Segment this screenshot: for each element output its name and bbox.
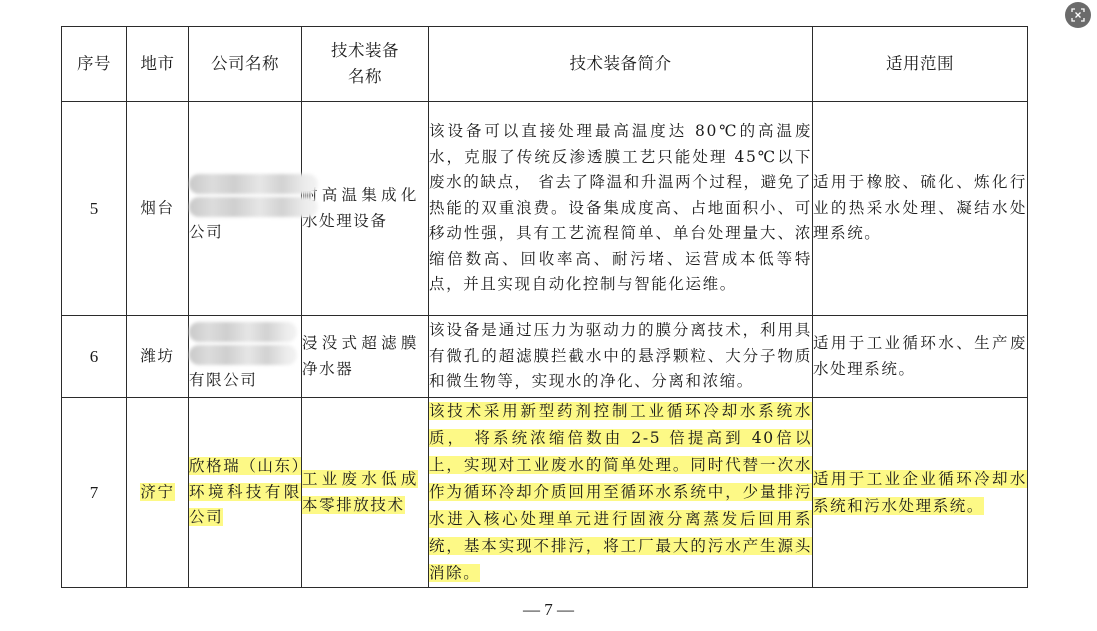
table-row-highlighted: 7 济宁 欣格瑞（山东）环境科技有限公司 工业废水低成本零排放技术 该技术采用新… — [62, 398, 1028, 588]
row-description: 该设备可以直接处理最高温度达 80℃的高温废水，克服了传统反渗透膜工艺只能处理 … — [429, 102, 813, 316]
description-highlighted-text: 该技术采用新型药剂控制工业循环冷却水系统水质， 将系统浓缩倍数由 2-5 倍提高… — [429, 402, 812, 582]
redacted-text — [189, 174, 318, 194]
description-text: 该设备可以直接处理最高温度达 80℃的高温废水，克服了传统反渗透膜工艺只能处理 … — [429, 119, 812, 298]
equipment-highlighted-text: 工业废水低成本零排放技术 — [302, 470, 418, 514]
redacted-text — [189, 345, 297, 365]
header-equipment-name: 技术装备 名称 — [302, 27, 429, 102]
city-highlighted-text: 济宁 — [140, 483, 174, 501]
redacted-text — [189, 322, 297, 342]
row-description: 该技术采用新型药剂控制工业循环冷却水系统水质， 将系统浓缩倍数由 2-5 倍提高… — [429, 398, 813, 588]
header-scope: 适用范围 — [813, 27, 1028, 102]
row-company: 有限公司 — [189, 316, 302, 398]
row-equipment: 工业废水低成本零排放技术 — [302, 398, 429, 588]
row-scope: 适用于工业循环水、生产废水处理系统。 — [813, 316, 1028, 398]
page-number: — 7 — — [0, 600, 1097, 620]
row-company: 公司 — [189, 102, 302, 316]
row-city: 潍坊 — [127, 316, 189, 398]
company-highlighted-text: 欣格瑞（山东）环境科技有限公司 — [189, 457, 301, 526]
header-equipment-line1: 技术装备 — [331, 41, 399, 60]
header-company: 公司名称 — [189, 27, 302, 102]
row-description: 该设备是通过压力为驱动力的膜分离技术，利用具有微孔的超滤膜拦截水中的悬浮颗粒、大… — [429, 316, 813, 398]
company-suffix: 有限公司 — [189, 371, 257, 389]
row-index: 5 — [62, 102, 127, 316]
header-equipment-line2: 名称 — [348, 67, 382, 86]
table-row: 5 烟台 公司 耐高温集成化水处理设备 该设备可以直接处理最高温度达 80℃的高… — [62, 102, 1028, 316]
table-row: 6 潍坊 有限公司 浸没式超滤膜净水器 该设备是通过压力为驱动力的膜分离技术，利… — [62, 316, 1028, 398]
header-index: 序号 — [62, 27, 127, 102]
technology-equipment-table: 序号 地市 公司名称 技术装备 名称 技术装备简介 适用范围 5 烟台 公司 — [61, 26, 1028, 588]
fullscreen-toggle-button[interactable] — [1065, 2, 1091, 28]
document-page: 序号 地市 公司名称 技术装备 名称 技术装备简介 适用范围 5 烟台 公司 — [0, 0, 1097, 631]
scope-highlighted-text: 适用于工业企业循环冷却水系统和污水处理系统。 — [813, 470, 1027, 515]
header-city: 地市 — [127, 27, 189, 102]
row-scope: 适用于橡胶、硫化、炼化行业的热采水处理、凝结水处理系统。 — [813, 102, 1028, 316]
description-text: 该设备是通过压力为驱动力的膜分离技术，利用具有微孔的超滤膜拦截水中的悬浮颗粒、大… — [429, 318, 812, 395]
row-city: 济宁 — [127, 398, 189, 588]
redacted-text — [189, 197, 318, 217]
company-suffix: 公司 — [189, 223, 223, 241]
row-scope: 适用于工业企业循环冷却水系统和污水处理系统。 — [813, 398, 1028, 588]
fullscreen-toggle-icon — [1071, 8, 1085, 22]
table-header-row: 序号 地市 公司名称 技术装备 名称 技术装备简介 适用范围 — [62, 27, 1028, 102]
row-company: 欣格瑞（山东）环境科技有限公司 — [189, 398, 302, 588]
row-index: 6 — [62, 316, 127, 398]
header-description: 技术装备简介 — [429, 27, 813, 102]
row-city: 烟台 — [127, 102, 189, 316]
row-index: 7 — [62, 398, 127, 588]
row-equipment: 浸没式超滤膜净水器 — [302, 316, 429, 398]
row-equipment: 耐高温集成化水处理设备 — [302, 102, 429, 316]
